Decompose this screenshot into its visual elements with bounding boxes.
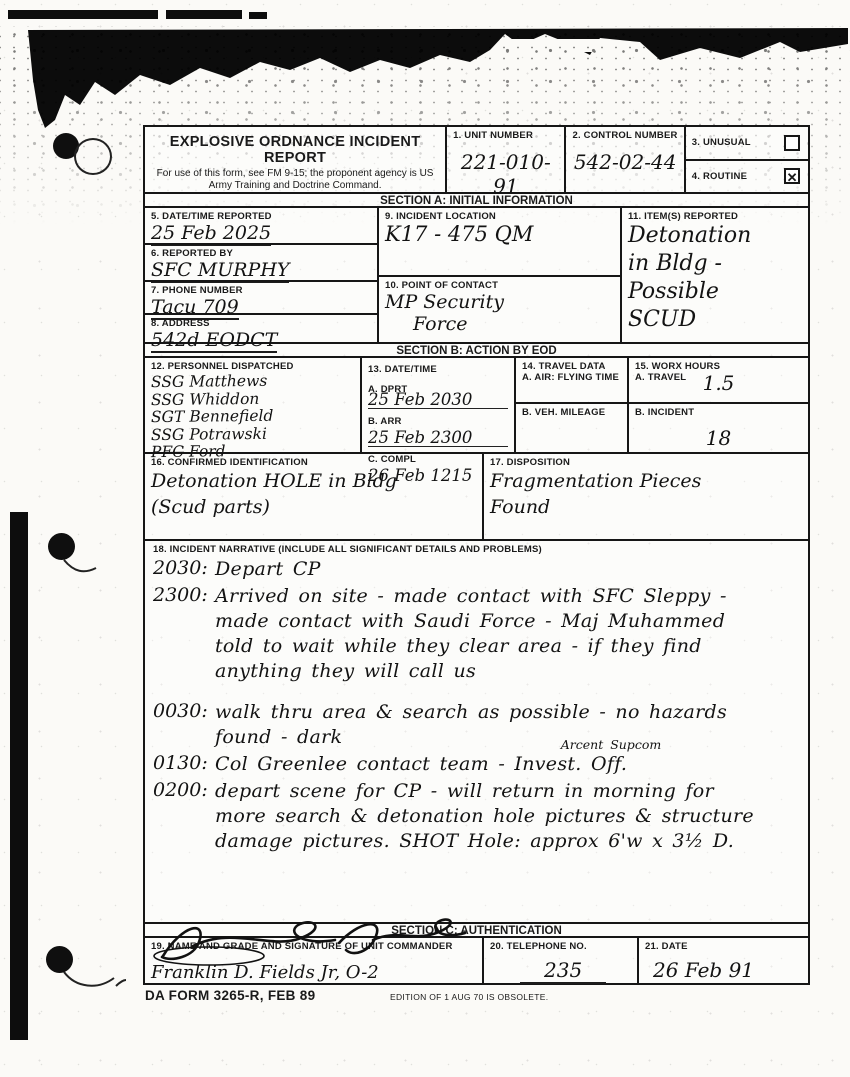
hole-punch-mark <box>48 533 75 560</box>
field-incident-narrative: 18. INCIDENT NARRATIVE (INCLUDE ALL SIGN… <box>145 539 808 922</box>
form-title-block: EXPLOSIVE ORDNANCE INCIDENT REPORT For u… <box>145 127 445 192</box>
unusual-checkbox <box>784 135 800 151</box>
unit-number-value: 221-010-91 <box>453 150 558 198</box>
field-point-of-contact: 10. POINT OF CONTACT MP Security Force <box>379 275 620 342</box>
pen-tail-mark <box>60 558 100 578</box>
address-value: 542d EODCT <box>151 329 277 353</box>
control-number-value: 542-02-44 <box>572 150 677 174</box>
scan-artifact-top-bar <box>166 10 242 19</box>
incident-narrative-label: 18. INCIDENT NARRATIVE (INCLUDE ALL SIGN… <box>153 544 800 555</box>
items-reported-value: SCUD <box>628 306 802 334</box>
items-reported-value: in Bldg - <box>628 250 802 278</box>
arrive-value: 25 Feb 2300 <box>368 429 508 447</box>
field-reported-by: 6. REPORTED BY SFC MURPHY <box>145 243 377 280</box>
personnel-entry: SGT Bennefield <box>151 407 354 426</box>
confirmed-identification-value: Detonation HOLE in Bldg <box>151 468 476 494</box>
field-address: 8. ADDRESS 542d EODCT <box>145 313 377 356</box>
phone-number-label: 7. PHONE NUMBER <box>151 285 371 296</box>
reported-by-label: 6. REPORTED BY <box>151 248 371 259</box>
air-flying-time-label: A. AIR: FLYING TIME <box>522 372 621 383</box>
field-classification-flags: 3. UNUSUAL 4. ROUTINE ✕ <box>684 127 808 192</box>
scan-artifact-torn-band <box>0 0 850 140</box>
items-reported-label: 11. ITEM(S) REPORTED <box>628 211 802 222</box>
incident-hours-label: B. INCIDENT <box>635 407 802 418</box>
narrative-entry: 2030: Depart CP <box>153 557 800 582</box>
edition-note: EDITION OF 1 AUG 70 IS OBSOLETE. <box>390 992 548 1002</box>
field-date: 21. DATE 26 Feb 91 <box>637 938 808 985</box>
incident-location-label: 9. INCIDENT LOCATION <box>385 211 614 222</box>
hole-punch-mark <box>46 946 73 973</box>
veh-mileage-label: B. VEH. MILEAGE <box>522 407 621 418</box>
date-time-label: 13. DATE/TIME <box>368 364 437 375</box>
disposition-label: 17. DISPOSITION <box>490 457 802 468</box>
date-value: 26 Feb 91 <box>653 958 802 982</box>
scan-artifact-top-bar <box>249 12 267 19</box>
disposition-value: Fragmentation Pieces <box>490 468 802 494</box>
form-subtitle: For use of this form, see FM 9-15; the p… <box>151 168 439 192</box>
arrive-label: B. ARR <box>368 416 402 427</box>
field-routine: 4. ROUTINE ✕ <box>686 159 808 193</box>
section-a-middle-column: 9. INCIDENT LOCATION K17 - 475 QM 10. PO… <box>377 208 620 342</box>
field-unit-number: 1. UNIT NUMBER 221-010-91 <box>445 127 564 192</box>
point-of-contact-value: MP Security <box>385 291 614 313</box>
routine-label: 4. ROUTINE <box>692 171 747 182</box>
personnel-entry: SSG Whiddon <box>151 389 354 408</box>
incident-hours-value: 18 <box>635 426 802 450</box>
field-unusual: 3. UNUSUAL <box>686 127 808 159</box>
personnel-entry: SSG Matthews <box>151 372 354 391</box>
routine-checkbox: ✕ <box>784 168 800 184</box>
field-work-hours: 15. WORX HOURS A. TRAVEL 1.5 B. INCIDENT… <box>627 358 808 452</box>
items-reported-value: Detonation <box>628 222 802 250</box>
scan-artifact-left-edge <box>10 512 28 1040</box>
address-label: 8. ADDRESS <box>151 318 371 329</box>
field-control-number: 2. CONTROL NUMBER 542-02-44 <box>564 127 683 192</box>
personnel-entry: SSG Potrawski <box>151 424 354 443</box>
narrative-entry: 0200: depart scene for CP - will return … <box>153 779 800 854</box>
items-reported-value: Possible <box>628 278 802 306</box>
confirmed-identification-value: (Scud parts) <box>151 494 476 520</box>
unusual-label: 3. UNUSUAL <box>692 137 751 148</box>
disposition-value: Found <box>490 494 802 520</box>
narrative-entry: 2300: Arrived on site - made contact wit… <box>153 584 800 684</box>
field-personnel-dispatched: 12. PERSONNEL DISPATCHED SSG Matthews SS… <box>145 358 360 452</box>
field-phone-number: 7. PHONE NUMBER Tacu 709 <box>145 280 377 313</box>
travel-data-label: 14. TRAVEL DATA <box>522 361 621 372</box>
pen-circle-mark <box>74 138 112 175</box>
field-incident-location: 9. INCIDENT LOCATION K17 - 475 QM <box>379 208 620 275</box>
confirmed-identification-label: 16. CONFIRMED IDENTIFICATION <box>151 457 476 468</box>
incident-location-value: K17 - 475 QM <box>385 222 614 246</box>
date-time-reported-label: 5. DATE/TIME REPORTED <box>151 211 371 222</box>
field-commander-signature: 19. NAME AND GRADE AND SIGNATURE OF UNIT… <box>145 938 482 985</box>
depart-value: 25 Feb 2030 <box>368 391 508 409</box>
scan-artifact-top-bar <box>8 10 158 19</box>
field-date-time-reported: 5. DATE/TIME REPORTED 25 Feb 2025 <box>145 208 377 243</box>
pen-tail-mark <box>58 968 128 994</box>
field-confirmed-identification: 16. CONFIRMED IDENTIFICATION Detonation … <box>145 454 482 539</box>
unit-number-label: 1. UNIT NUMBER <box>453 130 558 141</box>
control-number-label: 2. CONTROL NUMBER <box>572 130 677 141</box>
date-label: 21. DATE <box>645 941 802 952</box>
point-of-contact-label: 10. POINT OF CONTACT <box>385 280 614 291</box>
point-of-contact-value: Force <box>413 313 614 335</box>
form-title: EXPLOSIVE ORDNANCE INCIDENT REPORT <box>151 134 439 166</box>
field-travel-data: 14. TRAVEL DATA A. AIR: FLYING TIME B. V… <box>514 358 627 452</box>
telephone-label: 20. TELEPHONE NO. <box>490 941 631 952</box>
personnel-dispatched-label: 12. PERSONNEL DISPATCHED <box>151 361 354 372</box>
narrative-annotation: Arcent Supcom <box>561 739 661 751</box>
scanned-document-page: EXPLOSIVE ORDNANCE INCIDENT REPORT For u… <box>0 0 850 1077</box>
eod-incident-report-form: EXPLOSIVE ORDNANCE INCIDENT REPORT For u… <box>143 125 810 985</box>
narrative-entry: 0130: Col Greenlee contact team - Invest… <box>153 752 800 777</box>
section-a-left-column: 5. DATE/TIME REPORTED 25 Feb 2025 6. REP… <box>145 208 377 342</box>
field-items-reported: 11. ITEM(S) REPORTED Detonation in Bldg … <box>620 208 808 342</box>
field-disposition: 17. DISPOSITION Fragmentation Pieces Fou… <box>482 454 808 539</box>
field-date-time-block: 13. DATE/TIME A. DPRT 25 Feb 2030 B. ARR… <box>360 358 514 452</box>
commander-signature <box>149 916 479 974</box>
form-id: DA FORM 3265-R, FEB 89 <box>145 988 315 1003</box>
telephone-value: 235 <box>520 958 606 984</box>
narrative-entry: 0030: walk thru area & search as possibl… <box>153 700 800 750</box>
hole-punch-mark <box>53 133 79 159</box>
field-telephone: 20. TELEPHONE NO. 235 <box>482 938 637 985</box>
